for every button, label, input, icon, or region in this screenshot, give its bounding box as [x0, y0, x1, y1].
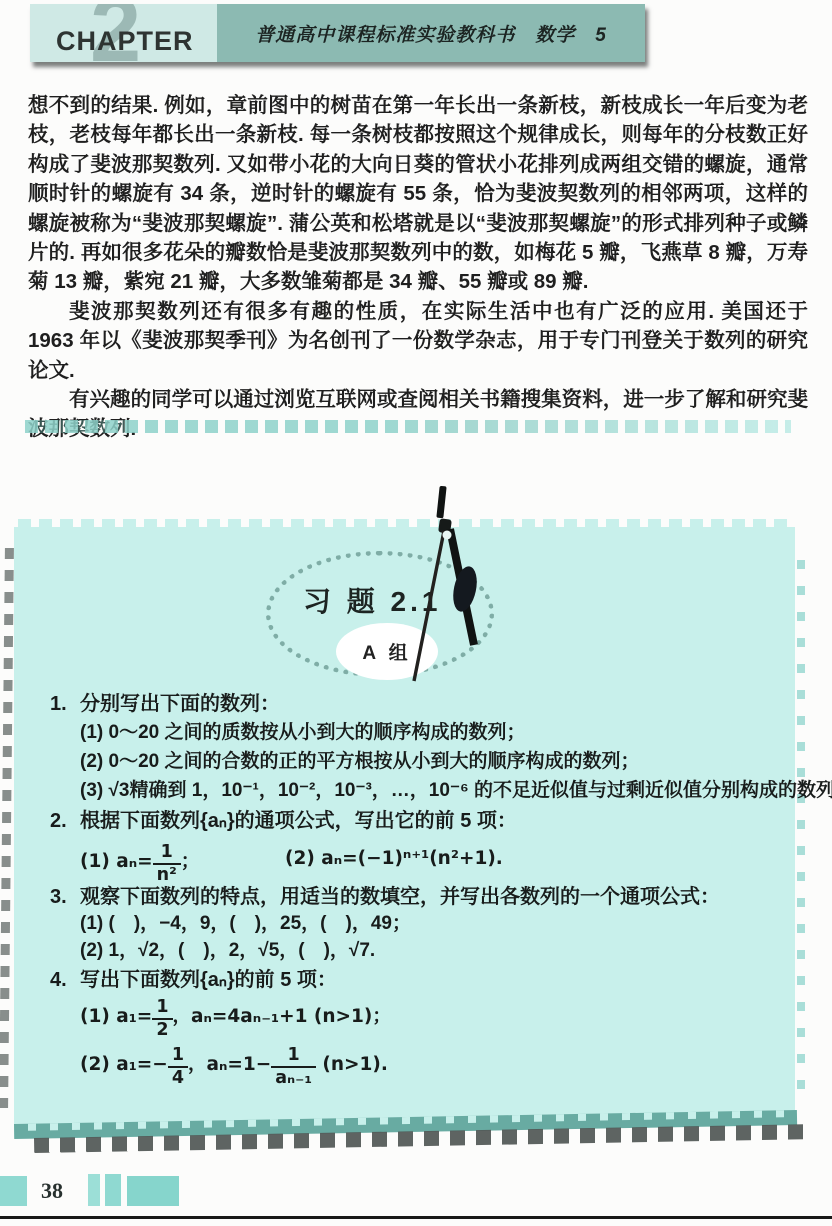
formula-recurrence-2-cond: (n>1). [316, 1054, 388, 1075]
problem-2-item-1: (1) aₙ=1n²； [80, 843, 200, 885]
formula-a1-equals: (1) a₁= [80, 1006, 152, 1027]
chapter-banner-right: 普通高中课程标准实验教科书 数学 5 [217, 4, 645, 62]
problem-2-number: 2. [50, 810, 80, 833]
footer-square-edge [0, 1176, 27, 1206]
fraction-1-over-n-squared: 1n² [153, 843, 181, 885]
fraction-1-over-2: 12 [152, 998, 172, 1040]
problem-1-item-3: (3) √3精确到 1，10⁻¹，10⁻²，10⁻³，…，10⁻⁶ 的不足近似值… [80, 775, 832, 802]
chapter-banner-left: 2 CHAPTER [30, 4, 217, 62]
footer-square-small-2 [105, 1174, 121, 1206]
problem-2-item-2: (2) aₙ=(−1)ⁿ⁺¹(n²+1). [285, 848, 503, 870]
chapter-label: CHAPTER [56, 26, 194, 57]
compass-illustration [398, 483, 498, 688]
page-number: 38 [41, 1178, 63, 1204]
problem-2: 2.根据下面数列{aₙ}的通项公式，写出它的前 5 项： [50, 804, 517, 833]
chapter-banner: 2 CHAPTER 普通高中课程标准实验教科书 数学 5 [30, 4, 645, 62]
problem-4-stem: 写出下面数列{aₙ}的前 5 项： [80, 969, 337, 991]
problem-1-number: 1. [50, 693, 80, 716]
paragraph-fibonacci-nature: 想不到的结果. 例如，章前图中的树苗在第一年长出一条新枝，新枝成长一年后变为老枝… [28, 91, 808, 297]
problem-3-stem: 观察下面数列的特点，用适当的数填空，并写出各数列的一个通项公式： [80, 886, 720, 908]
problem-1-stem: 分别写出下面的数列： [80, 693, 280, 715]
fraction-1-over-a_n-1: 1aₙ₋₁ [271, 1046, 316, 1088]
problem-3-item-2: (2) 1，√2，( )，2，√5，( )，√7. [80, 935, 375, 962]
formula-alternating: (2) aₙ=(−1)ⁿ⁺¹(n²+1). [285, 848, 503, 869]
exercise-box-right-perforation [797, 560, 805, 1100]
problem-2-stem: 根据下面数列{aₙ}的通项公式，写出它的前 5 项： [80, 810, 517, 832]
problem-3: 3.观察下面数列的特点，用适当的数填空，并写出各数列的一个通项公式： [50, 880, 720, 909]
paragraph-fibonacci-quarterly: 斐波那契数列还有很多有趣的性质，在实际生活中也有广泛的应用. 美国还于 1963… [28, 297, 808, 385]
exercise-box-left-perforation [0, 548, 14, 1108]
problem-3-number: 3. [50, 886, 80, 909]
problem-1: 1.分别写出下面的数列： [50, 687, 280, 716]
problem-3-item-1: (1) ( )，−4，9，( )，25，( )，49； [80, 908, 411, 935]
formula-recurrence-2-mid: ，aₙ=1− [188, 1054, 271, 1075]
formula-separator: ； [181, 851, 200, 872]
paragraph-further-study: 有兴趣的同学可以通过浏览互联网或查阅相关书籍搜集资料，进一步了解和研究斐波那契数… [28, 385, 808, 444]
problem-4: 4.写出下面数列{aₙ}的前 5 项： [50, 963, 337, 992]
footer-square-small-1 [88, 1174, 100, 1206]
problem-1-item-1: (1) 0～20 之间的质数按从小到大的顺序构成的数列； [80, 717, 525, 744]
textbook-page: 2 CHAPTER 普通高中课程标准实验教科书 数学 5 想不到的结果. 例如，… [0, 0, 832, 1226]
footer-square-wide [127, 1176, 179, 1206]
problem-4-item-1: (1) a₁=12，aₙ=4aₙ₋₁+1 (n>1)； [80, 998, 391, 1040]
formula-a_n-equals: (1) aₙ= [80, 851, 153, 872]
body-text: 想不到的结果. 例如，章前图中的树苗在第一年长出一条新枝，新枝成长一年后变为老枝… [28, 91, 808, 444]
problem-4-item-2: (2) a₁=−14，aₙ=1−1aₙ₋₁ (n>1). [80, 1046, 388, 1088]
fraction-1-over-4: 14 [168, 1046, 188, 1088]
book-title: 普通高中课程标准实验教科书 数学 5 [255, 20, 607, 47]
formula-a1-equals-neg: (2) a₁=− [80, 1054, 168, 1075]
problem-1-item-2: (2) 0～20 之间的合数的正的平方根按从小到大的顺序构成的数列； [80, 746, 639, 773]
problem-4-number: 4. [50, 969, 80, 992]
page-bottom-rule [0, 1216, 832, 1219]
section-divider-dashes [25, 420, 791, 433]
formula-recurrence-1: ，aₙ=4aₙ₋₁+1 (n>1)； [173, 1006, 391, 1027]
